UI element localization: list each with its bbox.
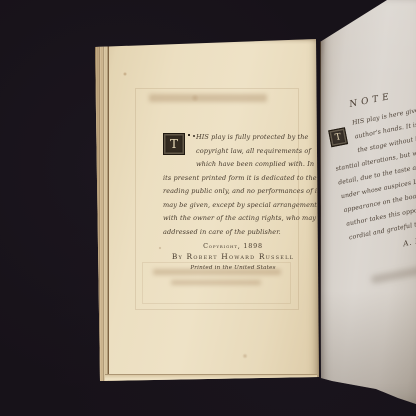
right-book-page: NOTE T HIS play is here given as it left… — [318, 0, 416, 416]
publisher-line: By Robert Howard Russell — [163, 251, 303, 262]
showthrough-title-smudge — [149, 94, 267, 102]
book-photo-scene: T HIS play is fully protected by thecopy… — [0, 0, 416, 416]
copyright-year-line: Copyright, 1898 — [163, 242, 303, 251]
note-text-block: NOTE T HIS play is here given as it left… — [323, 81, 416, 258]
decorative-initial-icon: T — [163, 133, 185, 155]
decorative-initial-icon: T — [328, 127, 348, 147]
left-book-page: T HIS play is fully protected by thecopy… — [95, 38, 319, 382]
showthrough-smudge — [171, 280, 261, 285]
note-paragraph-lines: HIS play is here given as it left theaut… — [326, 99, 416, 246]
printed-in-line: Printed in the United States — [163, 262, 303, 274]
bottom-page-edge — [105, 374, 317, 382]
showthrough-smudge — [371, 262, 416, 284]
copyright-text-block: T HIS play is fully protected by thecopy… — [163, 131, 303, 274]
note-paragraph: T HIS play is here given as it left thea… — [326, 99, 416, 246]
stacked-page-edges — [95, 38, 109, 382]
